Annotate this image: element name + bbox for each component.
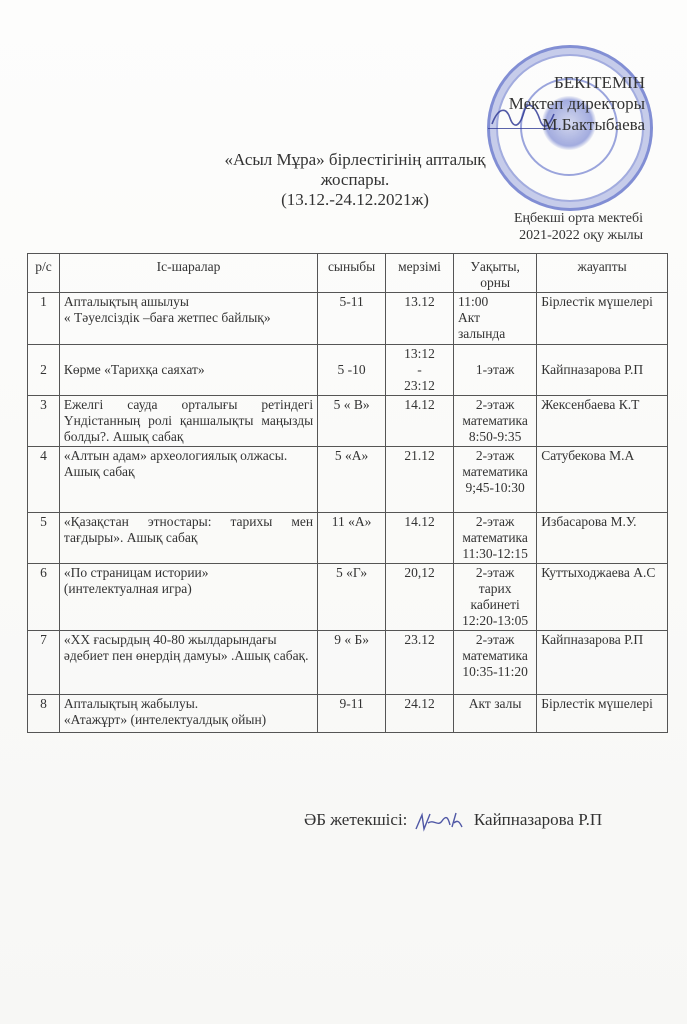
leader-signature: [414, 811, 464, 831]
row-num: 7: [28, 631, 60, 695]
row-date: 24.12: [386, 695, 454, 733]
row-date: 13.12: [386, 293, 454, 345]
row-time-place: 1-этаж: [453, 345, 536, 396]
row-grade: 5 « В»: [318, 396, 386, 447]
table-row: 6«По страницам истории» (интелектуалная …: [28, 564, 668, 631]
title-line-2: (13.12.-24.12.2021ж): [190, 190, 520, 210]
row-num: 1: [28, 293, 60, 345]
footer-signature-line: ӘБ жетекшісі: Кайпназарова Р.П: [304, 810, 602, 831]
row-num: 6: [28, 564, 60, 631]
approval-heading: БЕКІТЕМІН: [509, 72, 645, 93]
header-num: р/с: [28, 254, 60, 293]
row-time-place: Акт залы: [453, 695, 536, 733]
row-time-place: 2-этаж математика 9;45-10:30: [453, 447, 536, 513]
header-time: Уақыты, орны: [453, 254, 536, 293]
row-num: 5: [28, 513, 60, 564]
row-time-place: 11:00 Акт залында: [453, 293, 536, 345]
row-activity: «Алтын адам» археологиялық олжасы. Ашық …: [59, 447, 317, 513]
document-title: «Асыл Мұра» бірлестігінің апталық жоспар…: [190, 150, 520, 210]
row-responsible: Сатубекова М.А: [537, 447, 668, 513]
table-row: 5«Қазақстан этностары: тарихы мен тағдыр…: [28, 513, 668, 564]
row-num: 3: [28, 396, 60, 447]
row-grade: 9 « Б»: [318, 631, 386, 695]
table-row: 7«XX ғасырдың 40-80 жылдарындағы әдебиет…: [28, 631, 668, 695]
table-row: 1Апталықтың ашылуы « Тәуелсіздік –баға ж…: [28, 293, 668, 345]
school-name: Еңбекші орта мектебі: [514, 210, 643, 227]
header-responsible: жауапты: [537, 254, 668, 293]
table-row: 8Апталықтың жабылуы. «Атажұрт» (интелект…: [28, 695, 668, 733]
approval-block: БЕКІТЕМІН Мектеп директоры М.Бактыбаева: [509, 72, 645, 135]
row-responsible: Жексенбаева К.Т: [537, 396, 668, 447]
row-num: 2: [28, 345, 60, 396]
footer-name: Кайпназарова Р.П: [474, 810, 602, 829]
row-activity: «По страницам истории» (интелектуалная и…: [59, 564, 317, 631]
table-header-row: р/с Іс-шаралар сыныбы мерзімі Уақыты, ор…: [28, 254, 668, 293]
header-activity: Іс-шаралар: [59, 254, 317, 293]
row-grade: 5 «Г»: [318, 564, 386, 631]
row-responsible: Бірлестік мүшелері: [537, 293, 668, 345]
row-responsible: Бірлестік мүшелері: [537, 695, 668, 733]
row-time-place: 2-этаж математика 8:50-9:35: [453, 396, 536, 447]
row-activity: Көрме «Тарихқа саяхат»: [59, 345, 317, 396]
row-grade: 11 «А»: [318, 513, 386, 564]
row-grade: 9-11: [318, 695, 386, 733]
row-date: 13:12 - 23:12: [386, 345, 454, 396]
header-grade: сыныбы: [318, 254, 386, 293]
row-time-place: 2-этаж математика 10:35-11:20: [453, 631, 536, 695]
row-time-place: 2-этаж математика 11:30-12:15: [453, 513, 536, 564]
approval-position: Мектеп директоры: [509, 93, 645, 114]
title-line-1: «Асыл Мұра» бірлестігінің апталық жоспар…: [190, 150, 520, 190]
row-activity: Апталықтың ашылуы « Тәуелсіздік –баға же…: [59, 293, 317, 345]
row-date: 14.12: [386, 396, 454, 447]
table-row: 4«Алтын адам» археологиялық олжасы. Ашық…: [28, 447, 668, 513]
row-grade: 5-11: [318, 293, 386, 345]
row-grade: 5 -10: [318, 345, 386, 396]
row-responsible: Кайпназарова Р.П: [537, 345, 668, 396]
row-responsible: Куттыходжаева А.С: [537, 564, 668, 631]
row-time-place: 2-этаж тарих кабинеті 12:20-13:05: [453, 564, 536, 631]
row-activity: Апталықтың жабылуы. «Атажұрт» (интелекту…: [59, 695, 317, 733]
footer-label: ӘБ жетекшісі:: [304, 810, 407, 829]
school-year: 2021-2022 оқу жылы: [514, 227, 643, 244]
row-num: 8: [28, 695, 60, 733]
school-info: Еңбекші орта мектебі 2021-2022 оқу жылы: [514, 210, 643, 244]
row-date: 23.12: [386, 631, 454, 695]
row-num: 4: [28, 447, 60, 513]
row-responsible: Избасарова М.У.: [537, 513, 668, 564]
table-row: 3Ежелгі сауда орталығы ретіндегі Үндіста…: [28, 396, 668, 447]
document-page: БЕКІТЕМІН Мектеп директоры М.Бактыбаева …: [0, 0, 687, 1024]
row-responsible: Кайпназарова Р.П: [537, 631, 668, 695]
plan-table: р/с Іс-шаралар сыныбы мерзімі Уақыты, ор…: [27, 253, 668, 733]
row-grade: 5 «А»: [318, 447, 386, 513]
row-activity: «XX ғасырдың 40-80 жылдарындағы әдебиет …: [59, 631, 317, 695]
row-date: 20,12: [386, 564, 454, 631]
row-date: 21.12: [386, 447, 454, 513]
header-date: мерзімі: [386, 254, 454, 293]
row-date: 14.12: [386, 513, 454, 564]
approval-name: М.Бактыбаева: [509, 114, 645, 135]
row-activity: «Қазақстан этностары: тарихы мен тағдыры…: [59, 513, 317, 564]
table-row: 2Көрме «Тарихқа саяхат»5 -1013:12 - 23:1…: [28, 345, 668, 396]
row-activity: Ежелгі сауда орталығы ретіндегі Үндістан…: [59, 396, 317, 447]
